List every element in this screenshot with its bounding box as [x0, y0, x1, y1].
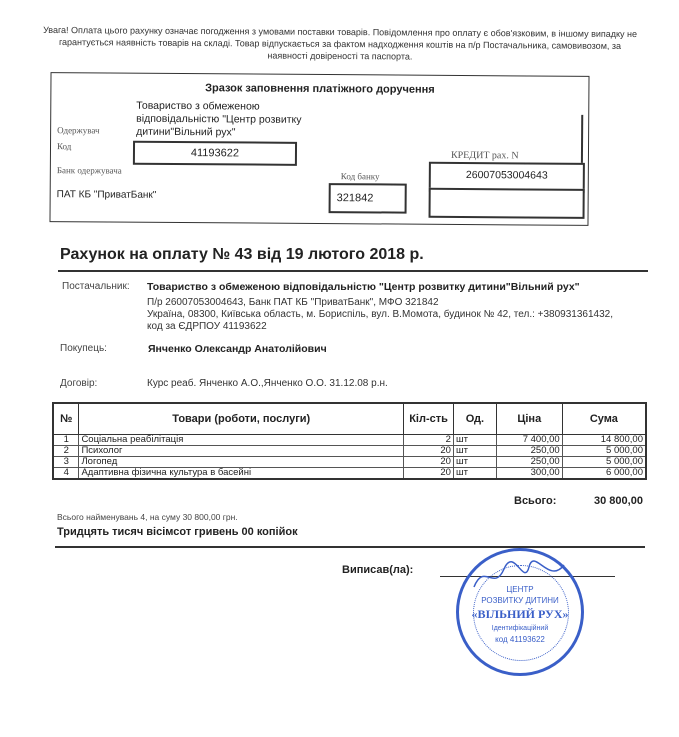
row-price: 7 400,00	[496, 435, 562, 446]
title-divider	[58, 270, 648, 272]
supplier-address: Україна, 08300, Київська область, м. Бор…	[147, 309, 613, 320]
row-number: 2	[53, 446, 79, 457]
invoice-title: Рахунок на оплату № 43 від 19 лютого 201…	[60, 246, 424, 264]
code-value: 41193622	[133, 141, 297, 166]
table-row: 4 Адаптивна фізична культура в басейні 2…	[53, 468, 646, 480]
signature-label: Виписав(ла):	[342, 564, 413, 576]
table-row: 2 Психолог 20 шт 250,00 5 000,00	[53, 446, 646, 457]
items-table: № Товари (роботи, послуги) Кіл-сть Од. Ц…	[52, 402, 647, 480]
credit-label: КРЕДИТ рах. N	[451, 150, 519, 161]
credit-divider	[581, 115, 583, 165]
recipient-label: Одержувач	[57, 125, 100, 135]
col-price: Ціна	[496, 403, 562, 435]
stamp-text-2: РОЗВИТКУ ДИТИНИ	[459, 596, 581, 605]
buyer-name: Янченко Олександр Анатолійович	[148, 343, 327, 355]
code-label: Код	[57, 141, 71, 151]
table-row: 1 Соціальна реабілітація 2 шт 7 400,00 1…	[53, 435, 646, 446]
table-row: 3 Логопед 20 шт 250,00 5 000,00	[53, 457, 646, 468]
recipient-name: Товариство з обмеженою відповідальністю …	[136, 100, 336, 140]
stamp-text-4: Ідентифікаційний	[459, 625, 581, 632]
row-sum: 5 000,00	[562, 457, 646, 468]
total-label: Всього:	[514, 495, 556, 507]
table-header-row: № Товари (роботи, послуги) Кіл-сть Од. Ц…	[53, 403, 646, 435]
payment-sample-title: Зразок заповнення платіжного доручення	[51, 81, 588, 97]
col-unit: Од.	[453, 403, 496, 435]
row-sum: 5 000,00	[562, 446, 646, 457]
supplier-name: Товариство з обмеженою відповідальністю …	[147, 281, 580, 293]
summary-line: Всього найменувань 4, на суму 30 800,00 …	[57, 512, 238, 522]
row-number: 3	[53, 457, 79, 468]
stamp-text-3: «ВІЛЬНИЙ РУХ»	[459, 607, 581, 622]
stamp-text-5: код 41193622	[459, 635, 581, 644]
supplier-account: П/р 26007053004643, Банк ПАТ КБ "ПриватБ…	[147, 297, 439, 308]
amount-in-words: Тридцять тисяч вісімсот гривень 00 копій…	[57, 526, 298, 538]
contract-value: Курс реаб. Янченко А.О.,Янченко О.О. 31.…	[147, 378, 388, 389]
row-unit: шт	[453, 446, 496, 457]
col-goods: Товари (роботи, послуги)	[79, 403, 404, 435]
row-unit: шт	[453, 457, 496, 468]
row-price: 300,00	[496, 468, 562, 480]
row-number: 4	[53, 468, 79, 480]
row-price: 250,00	[496, 457, 562, 468]
col-qty: Кіл-сть	[404, 403, 454, 435]
payment-sample-box: Зразок заповнення платіжного доручення Т…	[49, 72, 589, 226]
company-stamp: ЦЕНТР РОЗВИТКУ ДИТИНИ «ВІЛЬНИЙ РУХ» Іден…	[456, 548, 584, 676]
row-qty: 2	[404, 435, 454, 446]
row-unit: шт	[453, 435, 496, 446]
row-name: Адаптивна фізична культура в басейні	[79, 468, 404, 480]
row-price: 250,00	[496, 446, 562, 457]
bank-name: ПАТ КБ "ПриватБанк"	[57, 189, 157, 201]
footer-divider	[55, 546, 645, 548]
credit-empty-box	[429, 188, 585, 219]
row-number: 1	[53, 435, 79, 446]
row-name: Логопед	[79, 457, 404, 468]
row-qty: 20	[404, 446, 454, 457]
payment-notice: Увага! Оплата цього рахунку означає пого…	[40, 24, 640, 64]
supplier-edrpou: код за ЄДРПОУ 41193622	[147, 321, 267, 332]
signature-scribble-icon	[469, 557, 569, 597]
total-value: 30 800,00	[594, 495, 643, 507]
col-sum: Сума	[562, 403, 646, 435]
buyer-label: Покупець:	[60, 343, 107, 354]
row-qty: 20	[404, 468, 454, 480]
bank-code-label: Код банку	[341, 171, 380, 181]
col-number: №	[53, 403, 79, 435]
contract-label: Договір:	[60, 378, 97, 389]
row-sum: 14 800,00	[562, 435, 646, 446]
row-name: Соціальна реабілітація	[79, 435, 404, 446]
row-name: Психолог	[79, 446, 404, 457]
supplier-label: Постачальник:	[62, 281, 130, 292]
row-sum: 6 000,00	[562, 468, 646, 480]
bank-label: Банк одержувача	[57, 165, 122, 175]
bank-code-value: 321842	[329, 183, 407, 214]
row-qty: 20	[404, 457, 454, 468]
row-unit: шт	[453, 468, 496, 480]
